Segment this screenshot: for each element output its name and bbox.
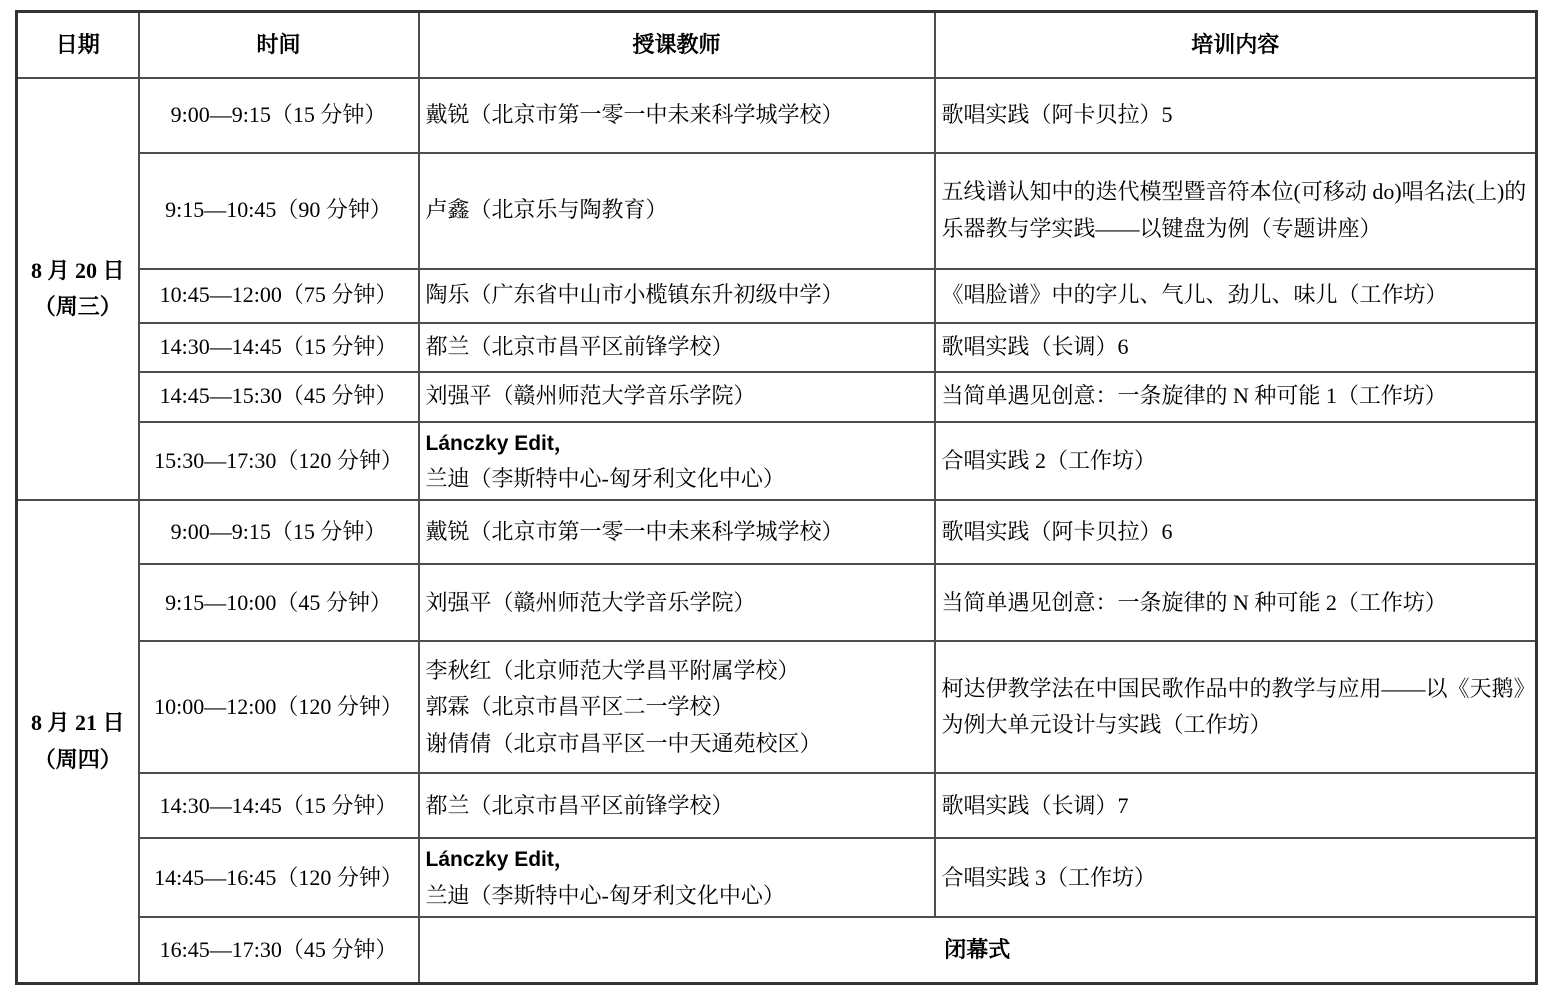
time-cell: 14:45—16:45（120 分钟） bbox=[139, 838, 419, 917]
teacher-cell: Lánczky Edit，兰迪（李斯特中心-匈牙利文化中心） bbox=[419, 838, 935, 917]
date-line1: 8 月 21 日 bbox=[24, 705, 132, 741]
date-line2: （周三） bbox=[24, 289, 132, 325]
header-time: 时间 bbox=[139, 12, 419, 78]
content-cell: 柯达伊教学法在中国民歌作品中的教学与应用——以《天鹅》为例大单元设计与实践（工作… bbox=[935, 641, 1537, 773]
content-cell: 歌唱实践（阿卡贝拉）5 bbox=[935, 78, 1537, 153]
teacher-cell: 戴锐（北京市第一零一中未来科学城学校） bbox=[419, 78, 935, 153]
content-cell: 《唱脸谱》中的字儿、气儿、劲儿、味儿（工作坊） bbox=[935, 269, 1537, 323]
header-date: 日期 bbox=[17, 12, 139, 78]
table-row: 9:15—10:00（45 分钟） 刘强平（赣州师范大学音乐学院） 当简单遇见创… bbox=[17, 564, 1537, 641]
time-cell: 9:00—9:15（15 分钟） bbox=[139, 500, 419, 564]
teacher-name-cjk: 兰迪（李斯特中心-匈牙利文化中心） bbox=[426, 466, 785, 491]
time-cell: 14:30—14:45（15 分钟） bbox=[139, 323, 419, 372]
teacher-name: 李秋红（北京师范大学昌平附属学校） bbox=[426, 653, 928, 689]
content-cell: 当简单遇见创意：一条旋律的 N 种可能 1（工作坊） bbox=[935, 372, 1537, 422]
teacher-name-latin: Lánczky Edit， bbox=[426, 848, 575, 871]
header-content: 培训内容 bbox=[935, 12, 1537, 78]
teacher-name-cjk: 兰迪（李斯特中心-匈牙利文化中心） bbox=[426, 883, 785, 908]
table-row: 14:30—14:45（15 分钟） 都兰（北京市昌平区前锋学校） 歌唱实践（长… bbox=[17, 323, 1537, 372]
teacher-name: 谢倩倩（北京市昌平区一中天通苑校区） bbox=[426, 726, 928, 762]
content-cell: 合唱实践 2（工作坊） bbox=[935, 422, 1537, 501]
training-schedule-table: 日期 时间 授课教师 培训内容 8 月 20 日 （周三） 9:00—9:15（… bbox=[15, 10, 1538, 985]
date-cell-day1: 8 月 20 日 （周三） bbox=[17, 78, 139, 501]
teacher-name: 郭霖（北京市昌平区二一学校） bbox=[426, 689, 928, 725]
time-cell: 16:45—17:30（45 分钟） bbox=[139, 917, 419, 983]
time-cell: 14:45—15:30（45 分钟） bbox=[139, 372, 419, 422]
table-row: 14:45—15:30（45 分钟） 刘强平（赣州师范大学音乐学院） 当简单遇见… bbox=[17, 372, 1537, 422]
content-cell: 歌唱实践（长调）7 bbox=[935, 773, 1537, 838]
time-cell: 10:45—12:00（75 分钟） bbox=[139, 269, 419, 323]
date-line2: （周四） bbox=[24, 742, 132, 778]
time-cell: 15:30—17:30（120 分钟） bbox=[139, 422, 419, 501]
table-row: 9:15—10:45（90 分钟） 卢鑫（北京乐与陶教育） 五线谱认知中的迭代模… bbox=[17, 153, 1537, 269]
teacher-cell-multi: 李秋红（北京师范大学昌平附属学校） 郭霖（北京市昌平区二一学校） 谢倩倩（北京市… bbox=[419, 641, 935, 773]
table-row: 10:45—12:00（75 分钟） 陶乐（广东省中山市小榄镇东升初级中学） 《… bbox=[17, 269, 1537, 323]
time-cell: 14:30—14:45（15 分钟） bbox=[139, 773, 419, 838]
teacher-cell: Lánczky Edit，兰迪（李斯特中心-匈牙利文化中心） bbox=[419, 422, 935, 501]
table-row: 15:30—17:30（120 分钟） Lánczky Edit，兰迪（李斯特中… bbox=[17, 422, 1537, 501]
teacher-cell: 刘强平（赣州师范大学音乐学院） bbox=[419, 372, 935, 422]
content-cell: 合唱实践 3（工作坊） bbox=[935, 838, 1537, 917]
document-page: 日期 时间 授课教师 培训内容 8 月 20 日 （周三） 9:00—9:15（… bbox=[0, 0, 1546, 997]
content-cell: 歌唱实践（阿卡贝拉）6 bbox=[935, 500, 1537, 564]
date-line1: 8 月 20 日 bbox=[24, 253, 132, 289]
time-cell: 10:00—12:00（120 分钟） bbox=[139, 641, 419, 773]
table-row: 16:45—17:30（45 分钟） 闭幕式 bbox=[17, 917, 1537, 983]
time-cell: 9:15—10:00（45 分钟） bbox=[139, 564, 419, 641]
teacher-cell: 都兰（北京市昌平区前锋学校） bbox=[419, 773, 935, 838]
content-cell: 歌唱实践（长调）6 bbox=[935, 323, 1537, 372]
teacher-cell: 卢鑫（北京乐与陶教育） bbox=[419, 153, 935, 269]
time-cell: 9:15—10:45（90 分钟） bbox=[139, 153, 419, 269]
date-cell-day2: 8 月 21 日 （周四） bbox=[17, 500, 139, 983]
content-cell: 五线谱认知中的迭代模型暨音符本位(可移动 do)唱名法(上)的乐器教与学实践——… bbox=[935, 153, 1537, 269]
teacher-cell: 都兰（北京市昌平区前锋学校） bbox=[419, 323, 935, 372]
teacher-cell: 刘强平（赣州师范大学音乐学院） bbox=[419, 564, 935, 641]
header-row: 日期 时间 授课教师 培训内容 bbox=[17, 12, 1537, 78]
table-row: 8 月 21 日 （周四） 9:00—9:15（15 分钟） 戴锐（北京市第一零… bbox=[17, 500, 1537, 564]
header-teacher: 授课教师 bbox=[419, 12, 935, 78]
teacher-name-latin: Lánczky Edit， bbox=[426, 432, 575, 455]
table-row: 8 月 20 日 （周三） 9:00—9:15（15 分钟） 戴锐（北京市第一零… bbox=[17, 78, 1537, 153]
teacher-cell: 戴锐（北京市第一零一中未来科学城学校） bbox=[419, 500, 935, 564]
closing-ceremony-cell: 闭幕式 bbox=[419, 917, 1537, 983]
table-row: 10:00—12:00（120 分钟） 李秋红（北京师范大学昌平附属学校） 郭霖… bbox=[17, 641, 1537, 773]
content-cell: 当简单遇见创意：一条旋律的 N 种可能 2（工作坊） bbox=[935, 564, 1537, 641]
teacher-cell: 陶乐（广东省中山市小榄镇东升初级中学） bbox=[419, 269, 935, 323]
table-row: 14:30—14:45（15 分钟） 都兰（北京市昌平区前锋学校） 歌唱实践（长… bbox=[17, 773, 1537, 838]
time-cell: 9:00—9:15（15 分钟） bbox=[139, 78, 419, 153]
table-row: 14:45—16:45（120 分钟） Lánczky Edit，兰迪（李斯特中… bbox=[17, 838, 1537, 917]
